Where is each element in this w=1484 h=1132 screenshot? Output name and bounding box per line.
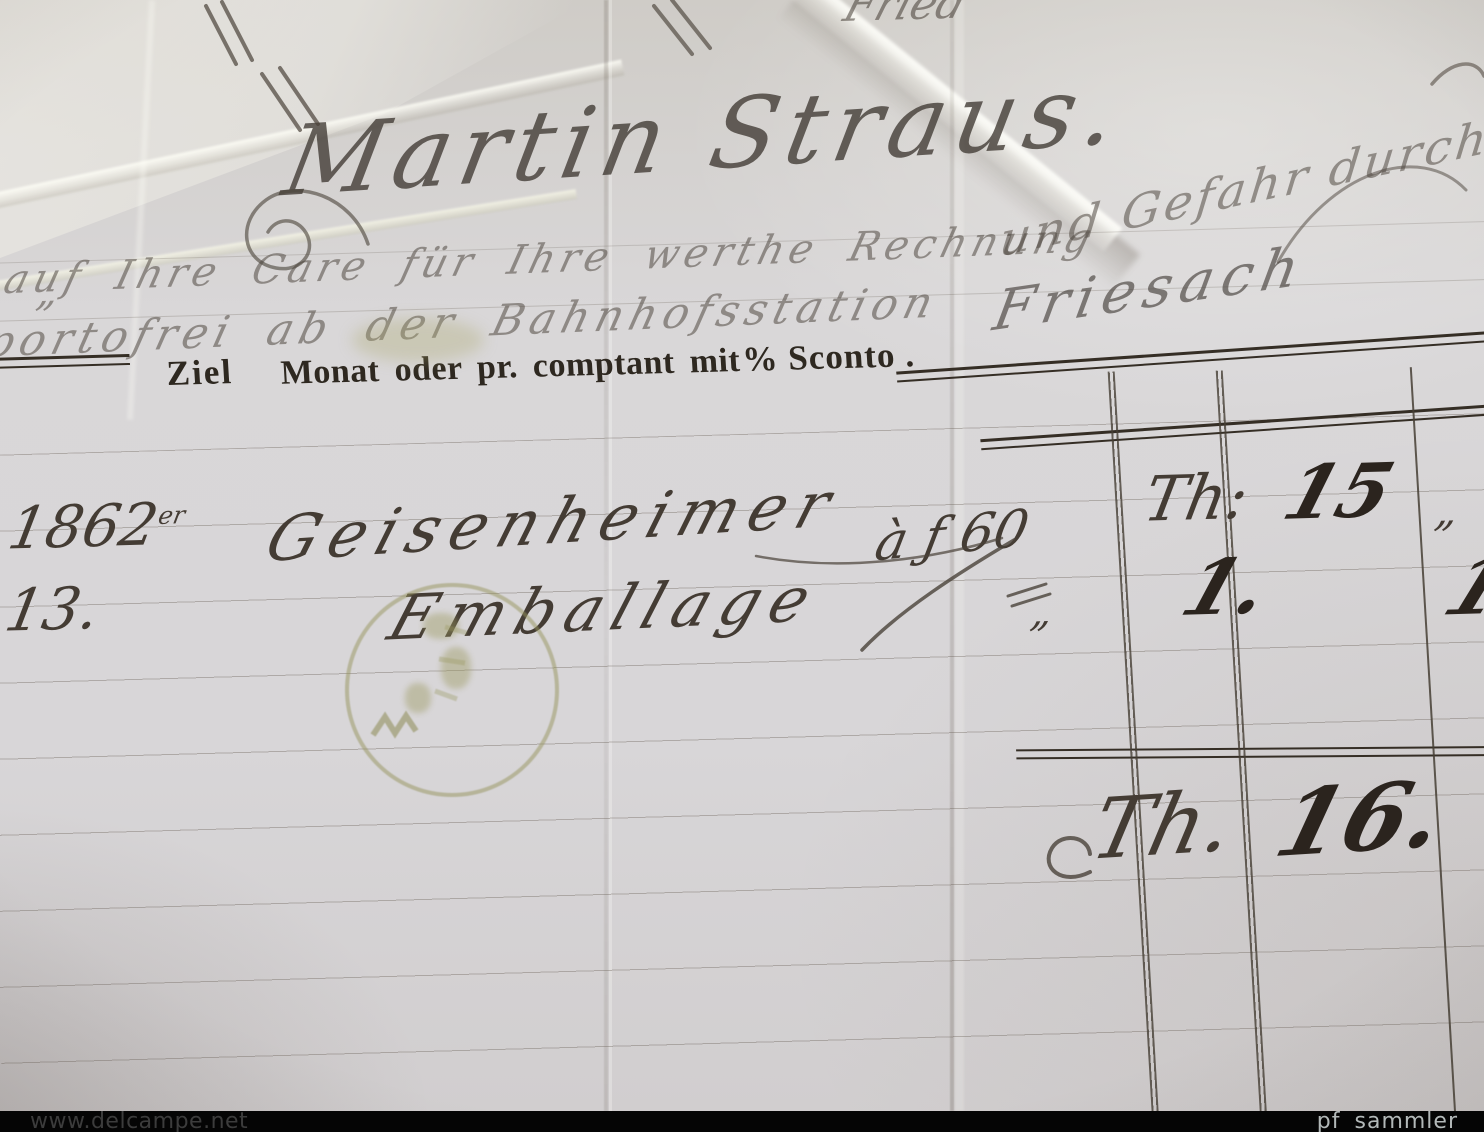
row-1-currency: Th: (1138, 460, 1254, 536)
postmark-blob (423, 613, 459, 639)
invoice-form-layer: Ziel Monat oder pr. comptant mit % Scont… (0, 0, 1484, 1111)
watermark-bar: www.delcampe.net pf sammler (0, 1111, 1484, 1132)
row-1-year-suffix: er (156, 500, 188, 530)
postmark-blob (441, 647, 471, 689)
invoice-paper: Ziel Monat oder pr. comptant mit % Scont… (0, 0, 1484, 1111)
total-amount: 16. (1265, 759, 1456, 878)
cut-off-script-fragment: Fried (838, 0, 973, 32)
row-2-qty: 13. (0, 574, 105, 645)
row-1-year: 1862er (3, 489, 190, 562)
sconto-label: % Sconto . (741, 335, 916, 380)
seller-watermark: pf sammler (1317, 1111, 1458, 1132)
postmark-blob (405, 683, 431, 713)
auction-photo-of-1862-invoice: Ziel Monat oder pr. comptant mit % Scont… (0, 0, 1484, 1132)
table-header-rule-top (896, 327, 1484, 383)
ink-smudge (352, 318, 484, 362)
heading-script-name: Martin Straus. (275, 52, 1134, 218)
postal-cancel-stamp (345, 583, 559, 797)
total-currency: Th. (1083, 772, 1244, 879)
delcampe-watermark: www.delcampe.net (30, 1111, 248, 1132)
